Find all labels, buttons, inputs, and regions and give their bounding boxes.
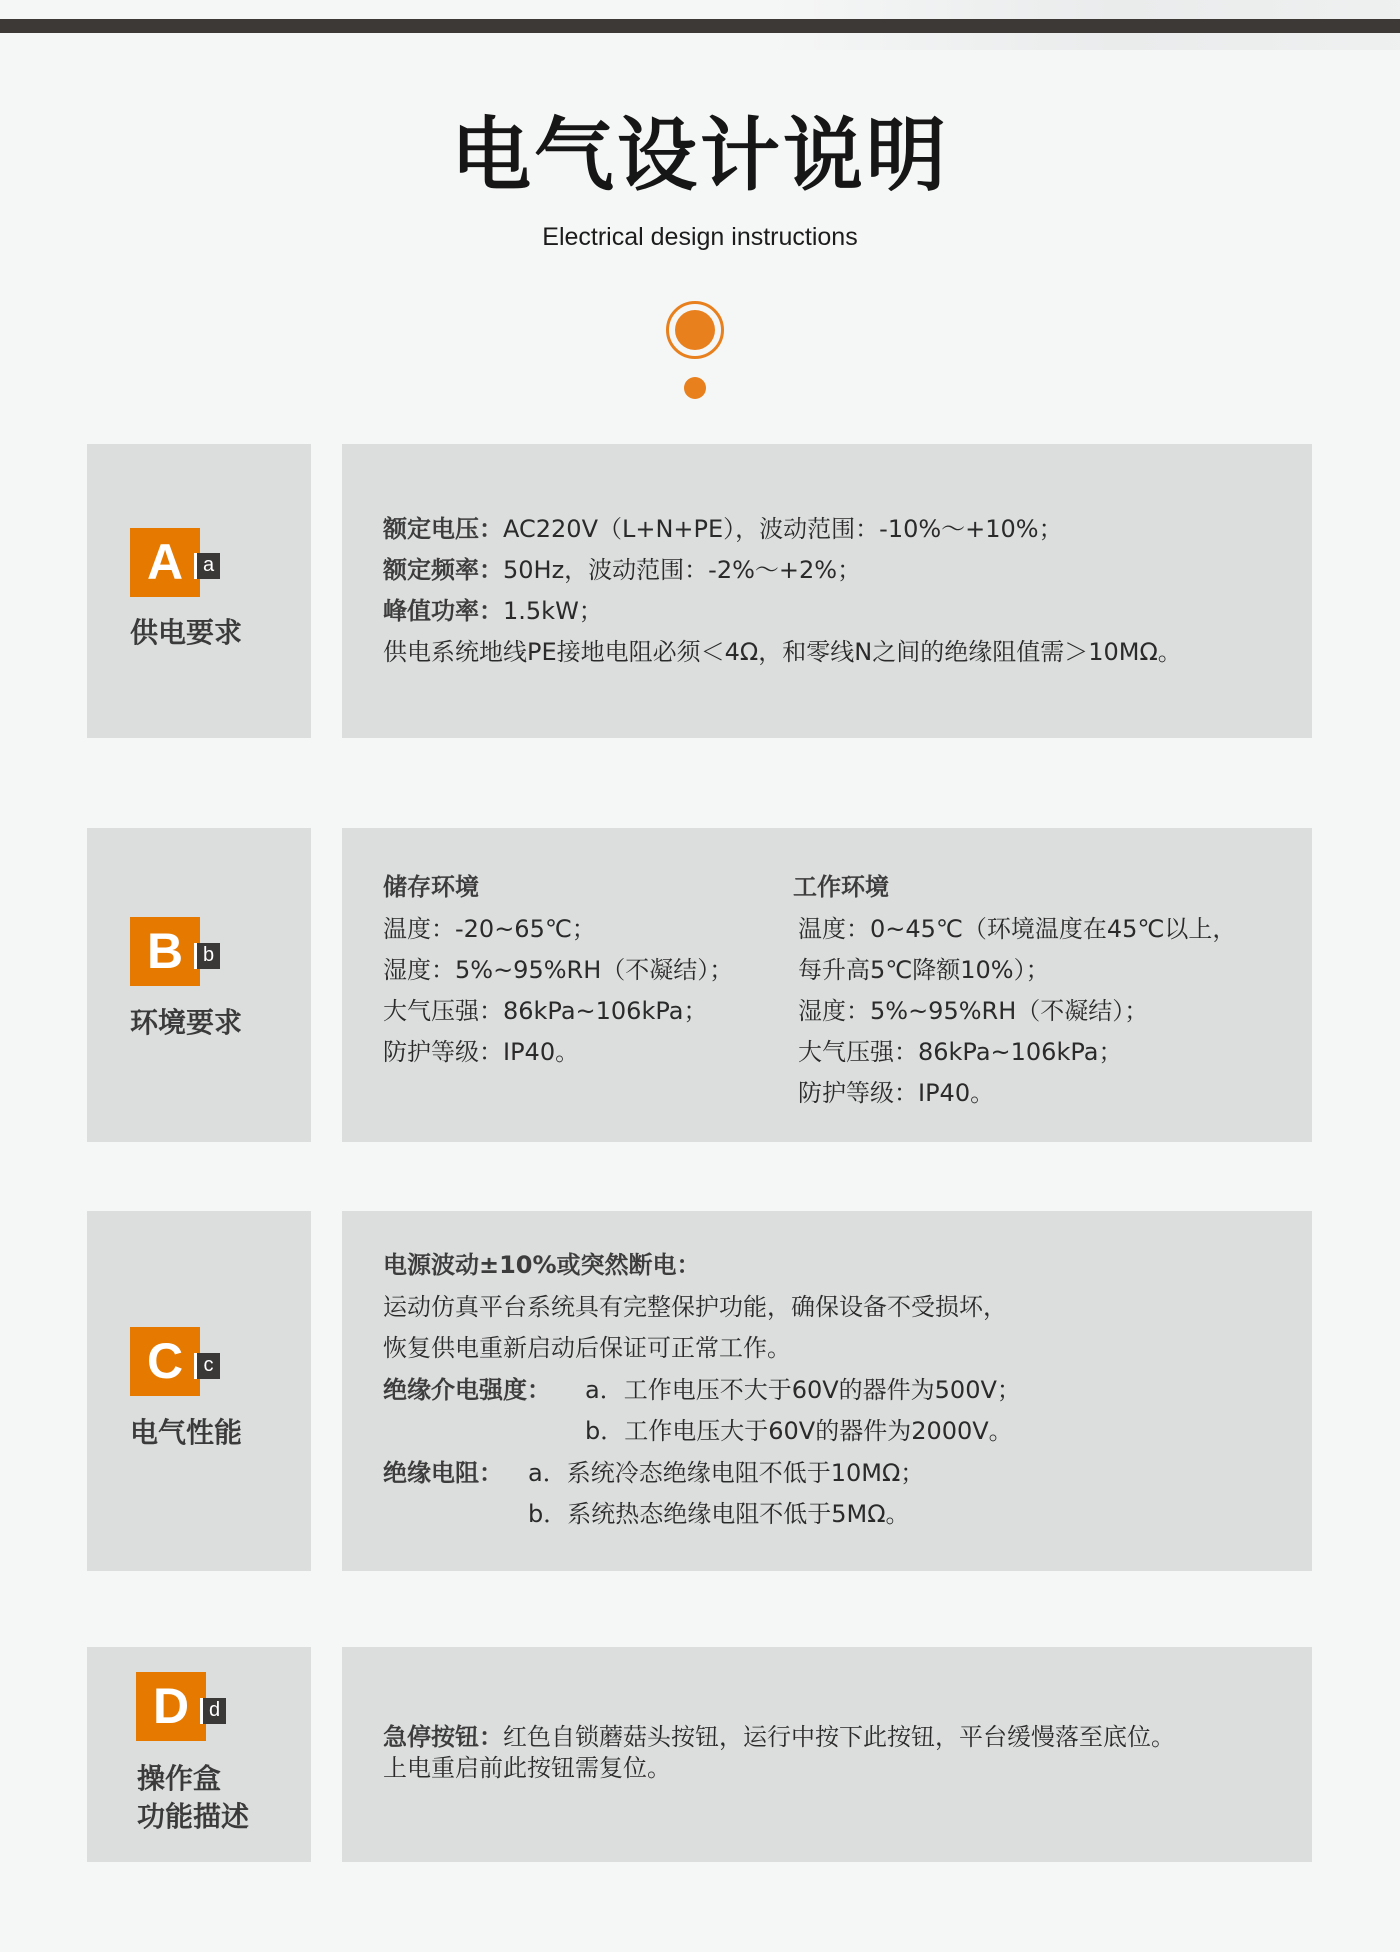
storage-line: 大气压强：86kPa~106kPa；: [383, 996, 707, 1026]
emergency-stop-label: 急停按钮：: [383, 1723, 503, 1751]
insulation-item-a: a．系统冷态绝缘电阻不低于10MΩ；: [528, 1458, 924, 1488]
working-line: 温度：0~45℃（环境温度在45℃以上，: [798, 914, 1236, 944]
badge-letter: A: [130, 528, 200, 597]
spec-value: 1.5kW；: [503, 597, 603, 625]
power-fluctuation-heading: 电源波动±10%或突然断电：: [383, 1250, 701, 1280]
dot-icon: [684, 377, 706, 399]
section-label: 环境要求: [130, 1004, 242, 1041]
emergency-stop-line: 急停按钮：红色自锁蘑菇头按钮，运行中按下此按钮，平台缓慢落至底位。: [383, 1722, 1175, 1752]
insulation-item-b: b．系统热态绝缘电阻不低于5MΩ。: [528, 1499, 910, 1529]
top-bar: [0, 19, 1400, 33]
section-a-content-panel: 额定电压：AC220V（L+N+PE），波动范围：-10%～+10%； 额定频率…: [342, 444, 1312, 738]
emergency-stop-desc: 红色自锁蘑菇头按钮，运行中按下此按钮，平台缓慢落至底位。: [503, 1723, 1175, 1751]
page-title: 电气设计说明: [0, 108, 1400, 204]
section-label: 供电要求: [130, 614, 242, 651]
badge-letter: B: [130, 917, 200, 986]
letter-badge-c: C: [130, 1327, 200, 1396]
section-d-side-panel: D d 操作盒 功能描述: [87, 1647, 311, 1862]
section-label: 电气性能: [130, 1414, 242, 1451]
dielectric-label: 绝缘介电强度：: [383, 1375, 551, 1405]
storage-line: 温度：-20~65℃；: [383, 914, 596, 944]
letter-badge-a: A: [130, 528, 200, 597]
badge-sub-letter: d: [200, 1698, 226, 1724]
badge-letter: C: [130, 1327, 200, 1396]
spec-value: 50Hz，波动范围：-2%～+2%；: [503, 556, 861, 584]
spec-line-rated-frequency: 额定频率：50Hz，波动范围：-2%～+2%；: [383, 555, 861, 585]
working-line: 大气压强：86kPa~106kPa；: [798, 1037, 1122, 1067]
storage-line: 防护等级：IP40。: [383, 1037, 579, 1067]
badge-letter: D: [136, 1672, 206, 1741]
storage-heading: 储存环境: [383, 872, 479, 902]
page-subtitle: Electrical design instructions: [0, 222, 1400, 252]
storage-line: 湿度：5%~95%RH（不凝结）；: [383, 955, 733, 985]
spec-label: 峰值功率：: [383, 597, 503, 625]
spec-line-peak-power: 峰值功率：1.5kW；: [383, 596, 603, 626]
dielectric-item-a: a．工作电压不大于60V的器件为500V；: [585, 1375, 1021, 1405]
spec-label: 额定频率：: [383, 556, 503, 584]
protection-line: 恢复供电重新启动后保证可正常工作。: [383, 1333, 791, 1363]
protection-line: 运动仿真平台系统具有完整保护功能，确保设备不受损坏，: [383, 1292, 1007, 1322]
section-b-side-panel: B b 环境要求: [87, 828, 311, 1142]
letter-badge-b: B: [130, 917, 200, 986]
spec-line-grounding: 供电系统地线PE接地电阻必须＜4Ω，和零线N之间的绝缘阻值需＞10MΩ。: [383, 637, 1182, 667]
badge-sub-letter: b: [194, 943, 220, 969]
spec-value: AC220V（L+N+PE），波动范围：-10%～+10%；: [503, 515, 1063, 543]
letter-badge-d: D: [136, 1672, 206, 1741]
section-label-line2: 功能描述: [137, 1798, 249, 1835]
working-line: 每升高5℃降额10%）；: [798, 955, 1050, 985]
section-label-line1: 操作盒: [137, 1760, 221, 1797]
section-d-content-panel: 急停按钮：红色自锁蘑菇头按钮，运行中按下此按钮，平台缓慢落至底位。 上电重启前此…: [342, 1647, 1312, 1862]
section-a-side-panel: A a 供电要求: [87, 444, 311, 738]
dielectric-item-b: b．工作电压大于60V的器件为2000V。: [585, 1416, 1013, 1446]
badge-sub-letter: c: [194, 1353, 220, 1379]
section-c-side-panel: C c 电气性能: [87, 1211, 311, 1571]
spec-label: 额定电压：: [383, 515, 503, 543]
insulation-label: 绝缘电阻：: [383, 1458, 503, 1488]
working-line: 湿度：5%~95%RH（不凝结）；: [798, 996, 1148, 1026]
working-heading: 工作环境: [793, 872, 889, 902]
section-b-content-panel: 储存环境 温度：-20~65℃； 湿度：5%~95%RH（不凝结）； 大气压强：…: [342, 828, 1312, 1142]
spec-value: 供电系统地线PE接地电阻必须＜4Ω，和零线N之间的绝缘阻值需＞10MΩ。: [383, 638, 1182, 666]
reset-line: 上电重启前此按钮需复位。: [383, 1753, 671, 1783]
target-core-icon: [675, 310, 715, 350]
badge-sub-letter: a: [194, 553, 220, 579]
spec-line-rated-voltage: 额定电压：AC220V（L+N+PE），波动范围：-10%～+10%；: [383, 514, 1063, 544]
working-line: 防护等级：IP40。: [798, 1078, 994, 1108]
section-c-content-panel: 电源波动±10%或突然断电： 运动仿真平台系统具有完整保护功能，确保设备不受损坏…: [342, 1211, 1312, 1571]
